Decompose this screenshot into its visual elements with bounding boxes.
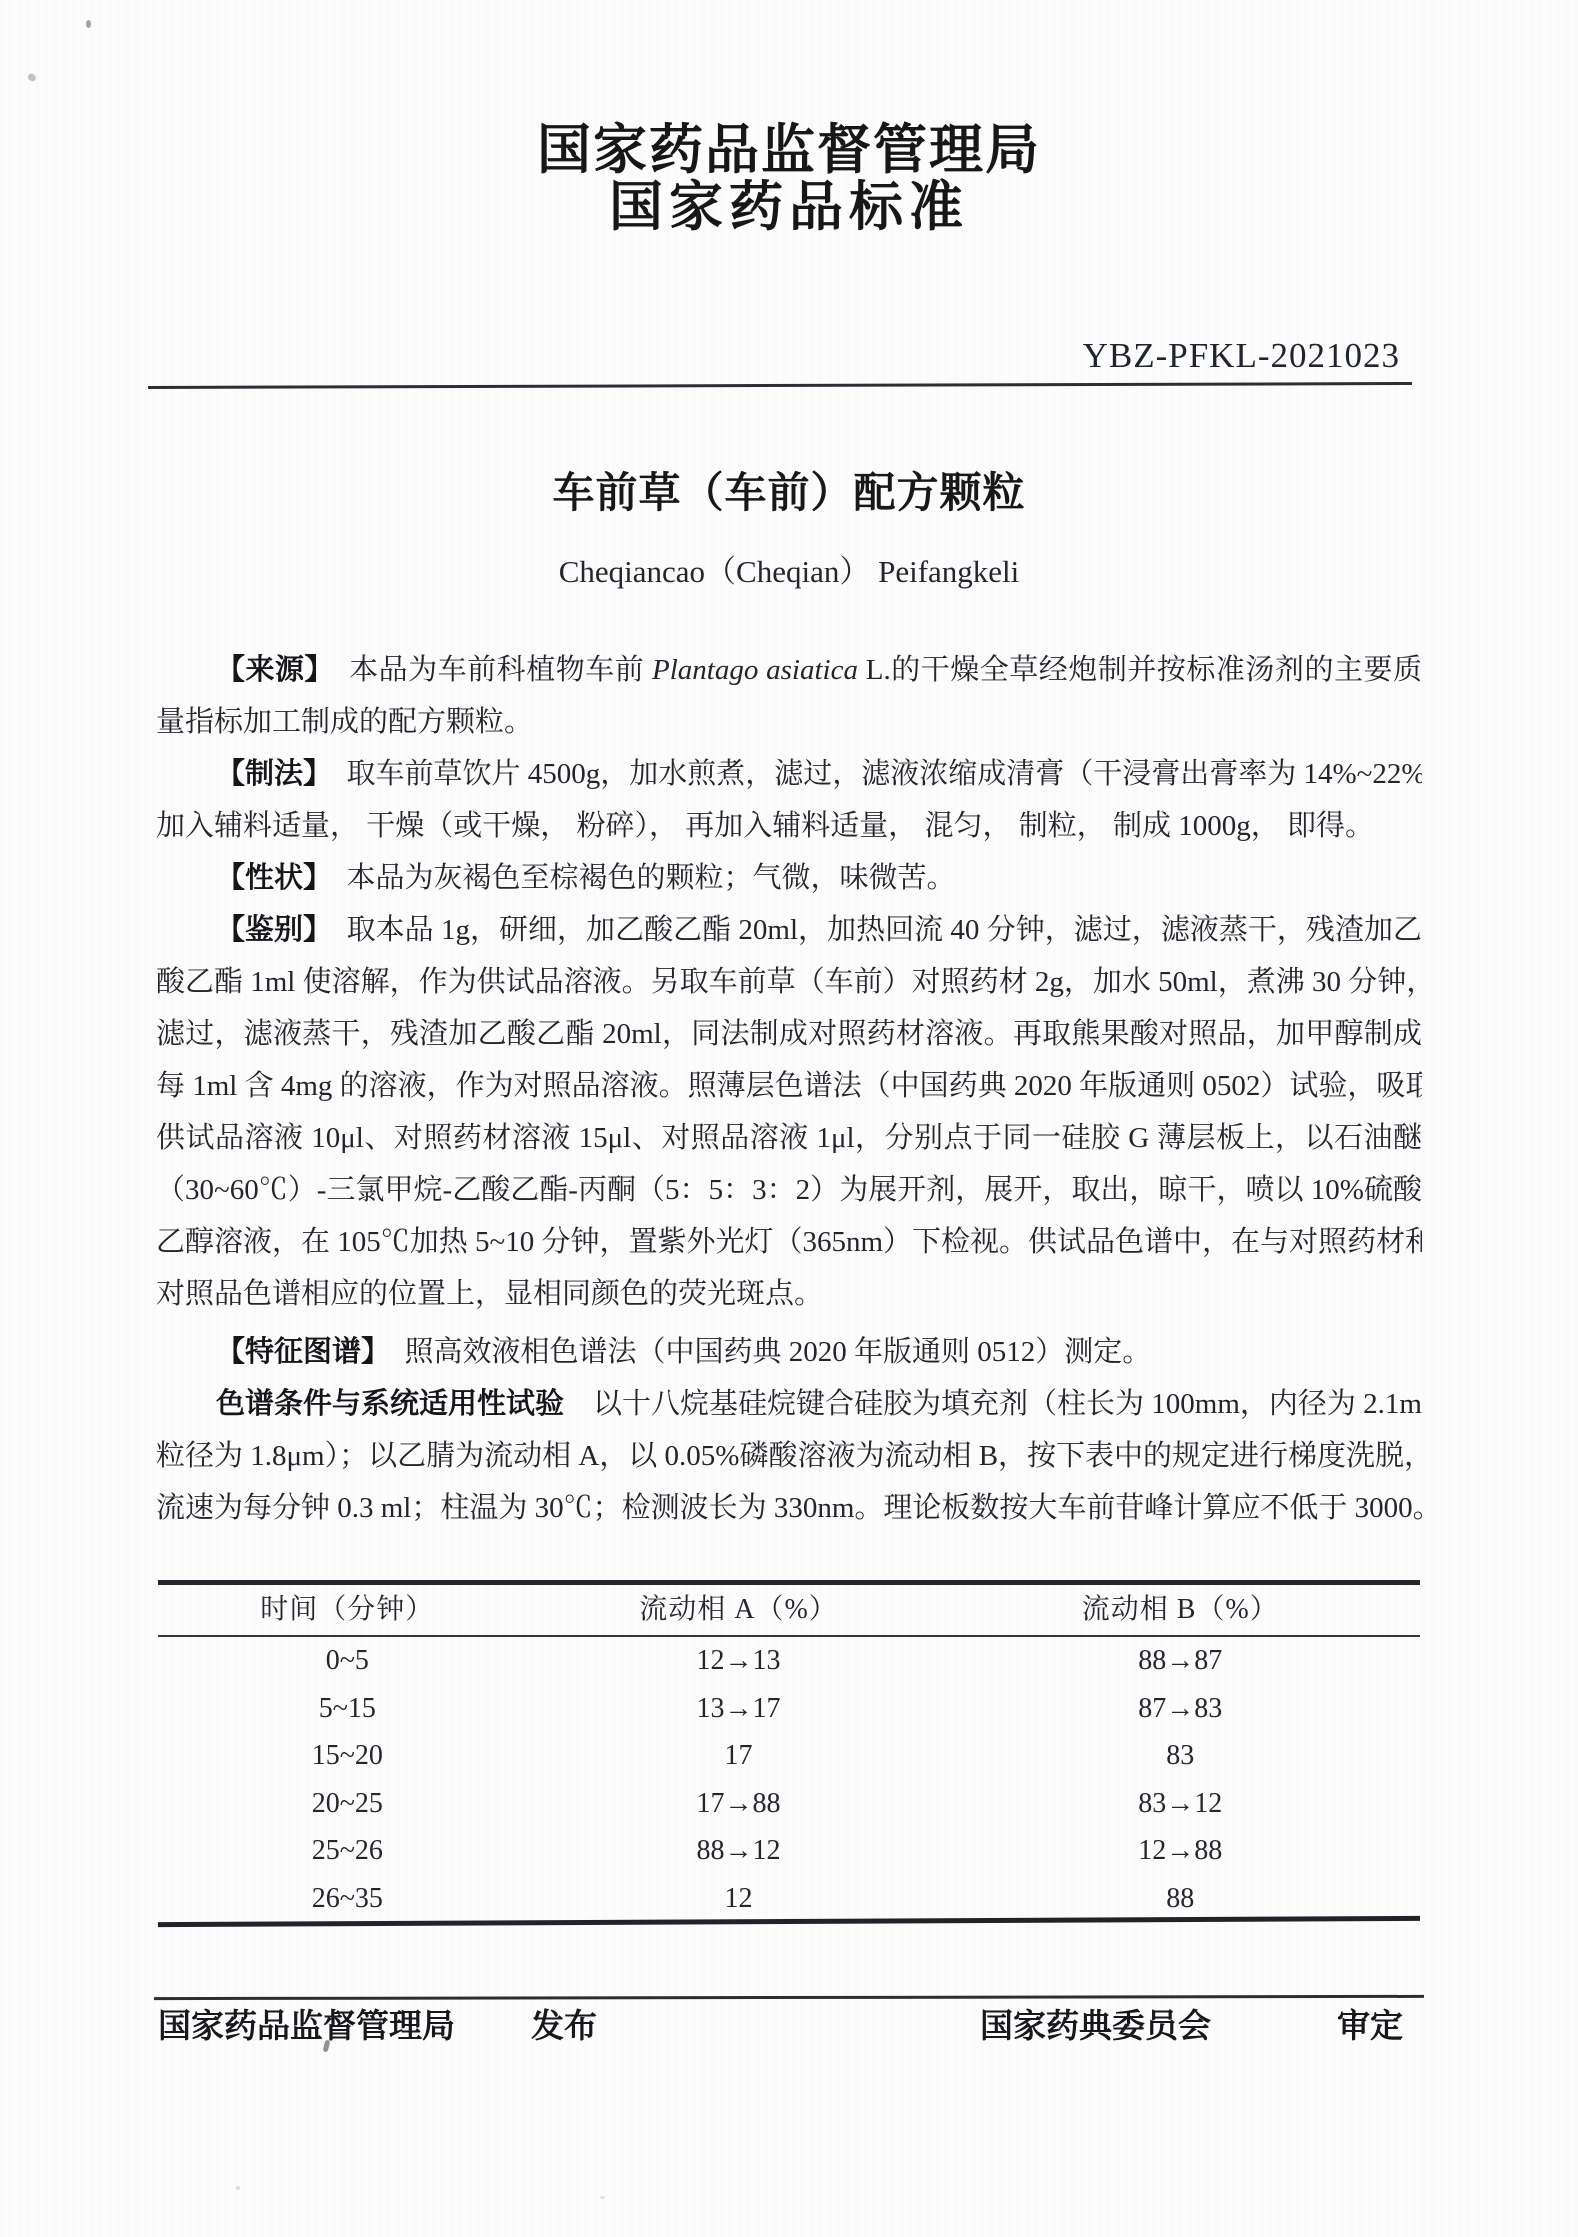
paragraph: 色谱条件与系统适用性试验 以十八烷基硅烷键合硅胶为填充剂（柱长为 100mm，内…: [156, 1378, 1422, 1534]
table-cell: 83: [940, 1732, 1420, 1780]
table-cell: 12: [537, 1875, 941, 1923]
text-line: 酸乙酯 1ml 使溶解，作为供试品溶液。另取车前草（车前）对照药材 2g，加水 …: [156, 956, 1422, 1008]
section-label: 【来源】: [216, 654, 320, 686]
text-line: 供试品溶液 10μl、对照药材溶液 15μl、对照品溶液 1μl，分别点于同一硅…: [156, 1112, 1422, 1164]
section-label: 【特征图谱】: [216, 1336, 376, 1368]
agency-title-block: 国家药品监督管理局 国家药品标准: [0, 122, 1578, 236]
text-line: 每 1ml 含 4mg 的溶液，作为对照品溶液。照薄层色谱法（中国药典 2020…: [156, 1060, 1422, 1112]
section-label: 【制法】: [216, 758, 318, 790]
body-paragraphs: 【来源】 本品为车前科植物车前 Plantago asiatica L.的干燥全…: [156, 644, 1422, 1534]
table-cell: 0~5: [158, 1637, 537, 1685]
table-cell: 17→88: [537, 1780, 941, 1828]
paragraph: 【特征图谱】 照高效液相色谱法（中国药典 2020 年版通则 0512）测定。: [156, 1326, 1422, 1378]
footer-issuer: 国家药品监督管理局: [158, 2006, 455, 2046]
text-line: 乙醇溶液，在 105℃加热 5~10 分钟，置紫外光灯（365nm）下检视。供试…: [156, 1216, 1422, 1268]
doc-number: YBZ-PFKL-2021023: [1083, 336, 1400, 376]
text-segment: 酸乙酯 1ml 使溶解，作为供试品溶液。另取车前草（车前）对照药材 2g，加水 …: [156, 966, 1422, 998]
table-cell: 12→13: [537, 1637, 941, 1685]
footer-reviewer: 国家药典委员会: [980, 2006, 1211, 2046]
header-divider: [148, 382, 1412, 389]
section-label: 【鉴别】: [216, 914, 318, 946]
text-segment: 供试品溶液 10μl、对照药材溶液 15μl、对照品溶液 1μl，分别点于同一硅…: [156, 1122, 1422, 1154]
text-segment: 滤过，滤液蒸干，残渣加乙酸乙酯 20ml，同法制成对照药材溶液。再取熊果酸对照品…: [156, 1018, 1422, 1050]
footer-divider: [154, 1995, 1424, 2000]
table-cell: 25~26: [158, 1827, 537, 1875]
text-line: 量指标加工制成的配方颗粒。: [156, 696, 1422, 748]
latin-binomial: Plantago asiatica: [652, 654, 858, 686]
paragraph: 【制法】 取车前草饮片 4500g，加水煎煮，滤过，滤液浓缩成清膏（干浸膏出膏率…: [156, 748, 1422, 852]
agency-name: 国家药品监督管理局: [0, 122, 1578, 179]
text-segment: 每 1ml 含 4mg 的溶液，作为对照品溶液。照薄层色谱法（中国药典 2020…: [156, 1070, 1422, 1102]
table-header-row: 时间（分钟） 流动相 A（%） 流动相 B（%）: [158, 1585, 1420, 1637]
text-line: 对照品色谱相应的位置上，显相同颜色的荧光斑点。: [156, 1268, 1422, 1320]
text-segment: 照高效液相色谱法（中国药典 2020 年版通则 0512）测定。: [376, 1336, 1152, 1368]
text-segment: 取车前草饮片 4500g，加水煎煮，滤过，滤液浓缩成清膏（干浸膏出膏率为 14%…: [318, 758, 1422, 790]
standard-title: 国家药品标准: [0, 179, 1578, 236]
text-segment: 量指标加工制成的配方颗粒。: [156, 706, 533, 738]
table-row: 25~2688→1212→88: [158, 1827, 1420, 1875]
section-label: 色谱条件与系统适用性试验: [216, 1388, 564, 1420]
gradient-table-body: 0~512→1388→875~1513→1787→8315~20178320~2…: [158, 1637, 1420, 1922]
footer: 国家药品监督管理局 发布 国家药典委员会 审定: [156, 2006, 1422, 2050]
product-title: 车前草（车前）配方颗粒: [0, 460, 1578, 520]
table-row: 20~2517→8883→12: [158, 1780, 1420, 1828]
scan-speck: [600, 2196, 605, 2199]
table-cell: 17: [537, 1732, 941, 1780]
product-pinyin: Cheqiancao（Cheqian） Peifangkeli: [0, 546, 1578, 591]
text-segment: （30~60℃）-三氯甲烷-乙酸乙酯-丙酮（5：5：3：2）为展开剂，展开，取出…: [156, 1174, 1422, 1206]
text-segment: 取本品 1g，研细，加乙酸乙酯 20ml，加热回流 40 分钟，滤过，滤液蒸干，…: [318, 914, 1422, 946]
text-segment: 流速为每分钟 0.3 ml；柱温为 30℃；检测波长为 330nm。理论板数按大…: [156, 1492, 1422, 1524]
table-cell: 88: [940, 1875, 1420, 1923]
footer-issue-action: 发布: [531, 2006, 597, 2046]
table-row: 5~1513→1787→83: [158, 1685, 1420, 1733]
table-cell: 88→12: [537, 1827, 941, 1875]
scan-speck: [86, 20, 91, 28]
text-segment: L.的干燥全草经炮制并按标准汤剂的主要质: [858, 654, 1422, 686]
table-row: 15~201783: [158, 1732, 1420, 1780]
table-cell: 87→83: [940, 1685, 1420, 1733]
text-line: 流速为每分钟 0.3 ml；柱温为 30℃；检测波长为 330nm。理论板数按大…: [156, 1482, 1422, 1534]
paragraph: 【性状】 本品为灰褐色至棕褐色的颗粒；气微，味微苦。: [156, 852, 1422, 904]
text-segment: 以十八烷基硅烷键合硅胶为填充剂（柱长为 100mm，内径为 2.1mm，: [564, 1388, 1422, 1420]
paragraph: 【来源】 本品为车前科植物车前 Plantago asiatica L.的干燥全…: [156, 644, 1422, 748]
table-cell: 5~15: [158, 1685, 537, 1733]
table-cell: 20~25: [158, 1780, 537, 1828]
text-segment: 粒径为 1.8μm）；以乙腈为流动相 A，以 0.05%磷酸溶液为流动相 B，按…: [156, 1440, 1422, 1472]
table-cell: 13→17: [537, 1685, 941, 1733]
text-line: 滤过，滤液蒸干，残渣加乙酸乙酯 20ml，同法制成对照药材溶液。再取熊果酸对照品…: [156, 1008, 1422, 1060]
table-cell: 12→88: [940, 1827, 1420, 1875]
table-header-phase-a: 流动相 A（%）: [537, 1585, 941, 1635]
table-cell: 83→12: [940, 1780, 1420, 1828]
text-line: 【来源】 本品为车前科植物车前 Plantago asiatica L.的干燥全…: [156, 644, 1422, 696]
document-page: 国家药品监督管理局 国家药品标准 YBZ-PFKL-2021023 车前草（车前…: [0, 0, 1578, 2237]
table-header-phase-b: 流动相 B（%）: [940, 1585, 1420, 1635]
scan-speck: [236, 2186, 240, 2190]
table-row: 26~351288: [158, 1875, 1420, 1923]
table-cell: 15~20: [158, 1732, 537, 1780]
section-label: 【性状】: [216, 862, 318, 894]
footer-review-action: 审定: [1337, 2006, 1403, 2046]
text-segment: 对照品色谱相应的位置上，显相同颜色的荧光斑点。: [156, 1278, 823, 1310]
text-line: 【鉴别】 取本品 1g，研细，加乙酸乙酯 20ml，加热回流 40 分钟，滤过，…: [156, 904, 1422, 956]
gradient-table: 时间（分钟） 流动相 A（%） 流动相 B（%） 0~512→1388→875~…: [158, 1580, 1420, 1922]
text-segment: 本品为灰褐色至棕褐色的颗粒；气微，味微苦。: [318, 862, 956, 894]
paragraph: 【鉴别】 取本品 1g，研细，加乙酸乙酯 20ml，加热回流 40 分钟，滤过，…: [156, 904, 1422, 1320]
text-segment: 本品为车前科植物车前: [320, 654, 652, 686]
text-line: 【特征图谱】 照高效液相色谱法（中国药典 2020 年版通则 0512）测定。: [156, 1326, 1422, 1378]
text-segment: 加入辅料适量， 干燥（或干燥， 粉碎）， 再加入辅料适量， 混匀， 制粒， 制成…: [156, 810, 1374, 842]
text-line: （30~60℃）-三氯甲烷-乙酸乙酯-丙酮（5：5：3：2）为展开剂，展开，取出…: [156, 1164, 1422, 1216]
table-cell: 88→87: [940, 1637, 1420, 1685]
table-cell: 26~35: [158, 1875, 537, 1923]
table-header-time: 时间（分钟）: [158, 1585, 537, 1635]
text-line: 【制法】 取车前草饮片 4500g，加水煎煮，滤过，滤液浓缩成清膏（干浸膏出膏率…: [156, 748, 1422, 800]
table-row: 0~512→1388→87: [158, 1637, 1420, 1685]
text-line: 【性状】 本品为灰褐色至棕褐色的颗粒；气微，味微苦。: [156, 852, 1422, 904]
text-line: 粒径为 1.8μm）；以乙腈为流动相 A，以 0.05%磷酸溶液为流动相 B，按…: [156, 1430, 1422, 1482]
text-segment: 乙醇溶液，在 105℃加热 5~10 分钟，置紫外光灯（365nm）下检视。供试…: [156, 1226, 1422, 1258]
text-line: 色谱条件与系统适用性试验 以十八烷基硅烷键合硅胶为填充剂（柱长为 100mm，内…: [156, 1378, 1422, 1430]
scan-speck: [27, 73, 37, 83]
text-line: 加入辅料适量， 干燥（或干燥， 粉碎）， 再加入辅料适量， 混匀， 制粒， 制成…: [156, 800, 1422, 852]
